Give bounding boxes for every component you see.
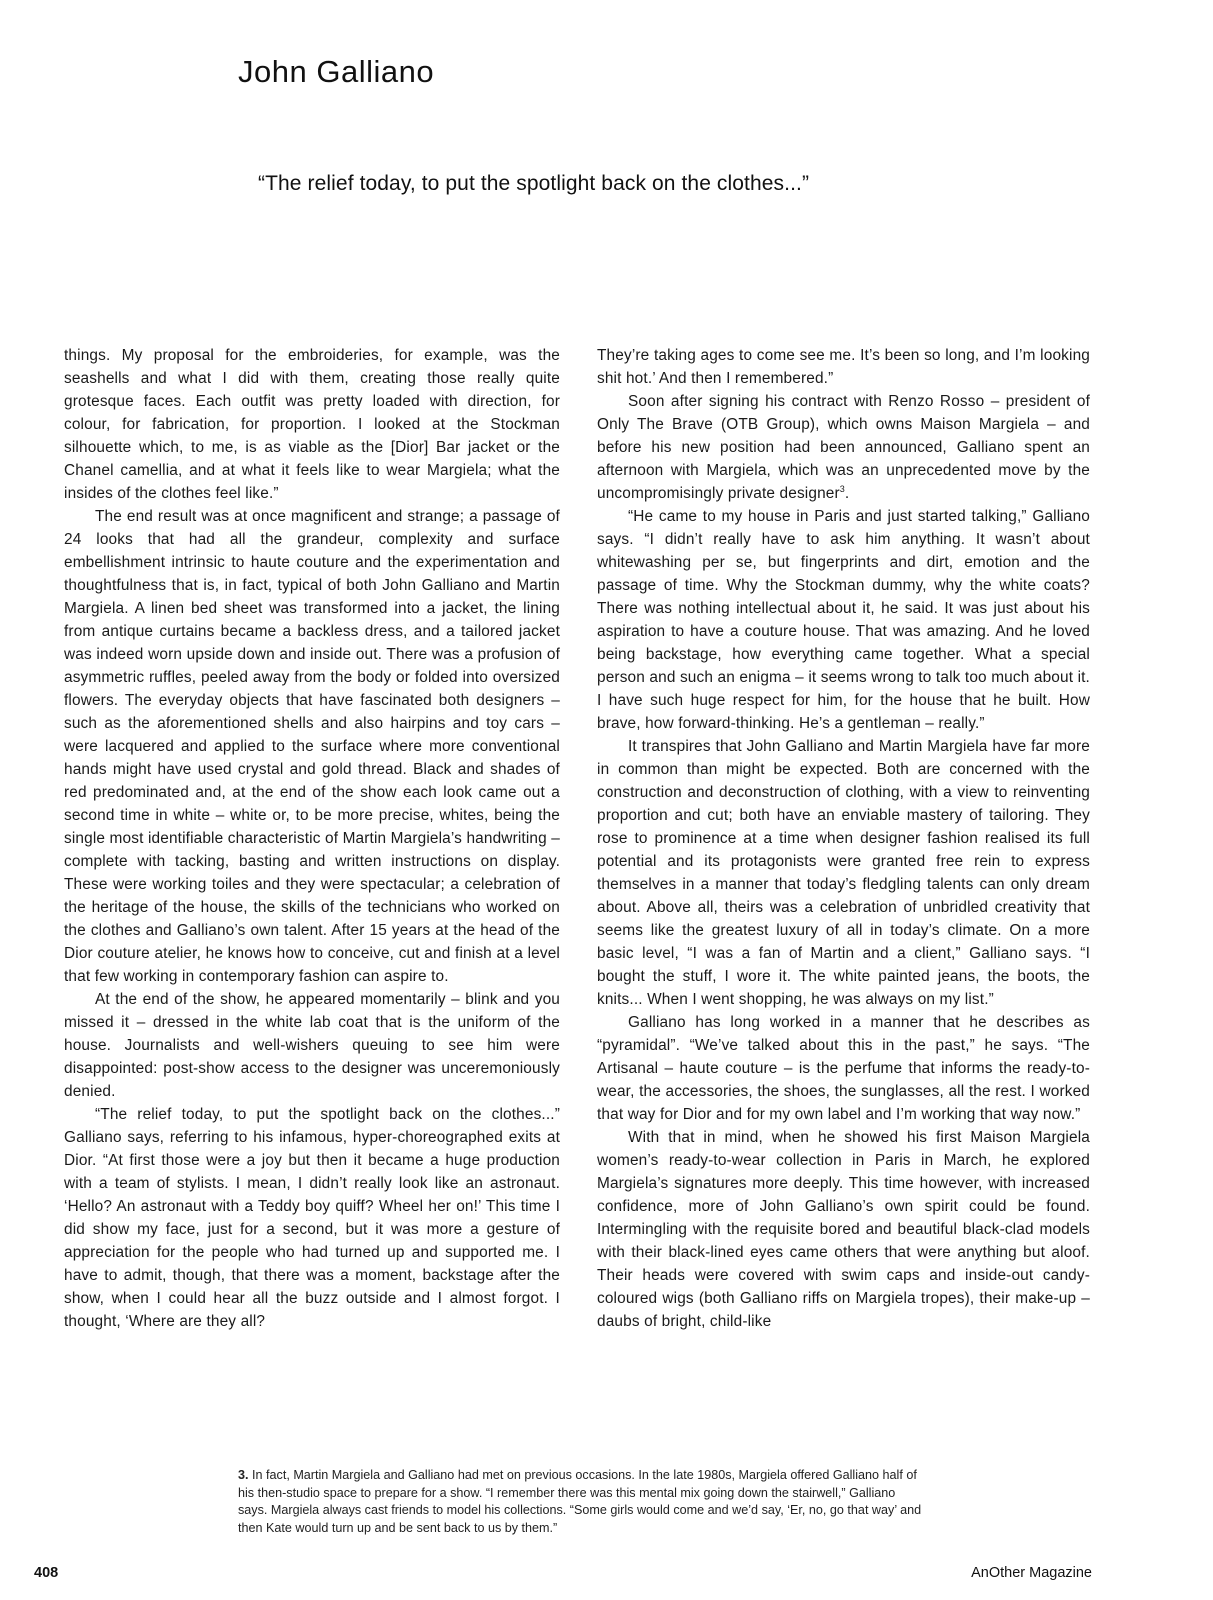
publication-name: AnOther Magazine bbox=[971, 1565, 1092, 1581]
footnote-text: In fact, Martin Margiela and Galliano ha… bbox=[238, 1468, 921, 1535]
body-paragraph: Soon after signing his contract with Ren… bbox=[597, 390, 1090, 505]
article-title: John Galliano bbox=[238, 54, 434, 90]
body-paragraph: “He came to my house in Paris and just s… bbox=[597, 505, 1090, 735]
body-paragraph: It transpires that John Galliano and Mar… bbox=[597, 735, 1090, 1011]
footnote-number: 3. bbox=[238, 1468, 249, 1482]
body-paragraph: At the end of the show, he appeared mome… bbox=[64, 988, 560, 1103]
pull-quote: “The relief today, to put the spotlight … bbox=[258, 172, 958, 196]
paragraph-end: . bbox=[845, 485, 849, 502]
body-paragraph: things. My proposal for the embroideries… bbox=[64, 344, 560, 505]
footnote: 3. In fact, Martin Margiela and Galliano… bbox=[238, 1467, 928, 1537]
right-column: They’re taking ages to come see me. It’s… bbox=[597, 344, 1090, 1333]
body-paragraph: The end result was at once magnificent a… bbox=[64, 505, 560, 988]
body-paragraph: They’re taking ages to come see me. It’s… bbox=[597, 344, 1090, 390]
body-paragraph: “The relief today, to put the spotlight … bbox=[64, 1103, 560, 1333]
body-paragraph: Galliano has long worked in a manner tha… bbox=[597, 1011, 1090, 1126]
page-number: 408 bbox=[34, 1565, 58, 1581]
body-paragraph: With that in mind, when he showed his fi… bbox=[597, 1126, 1090, 1333]
left-column: things. My proposal for the embroideries… bbox=[64, 344, 560, 1333]
